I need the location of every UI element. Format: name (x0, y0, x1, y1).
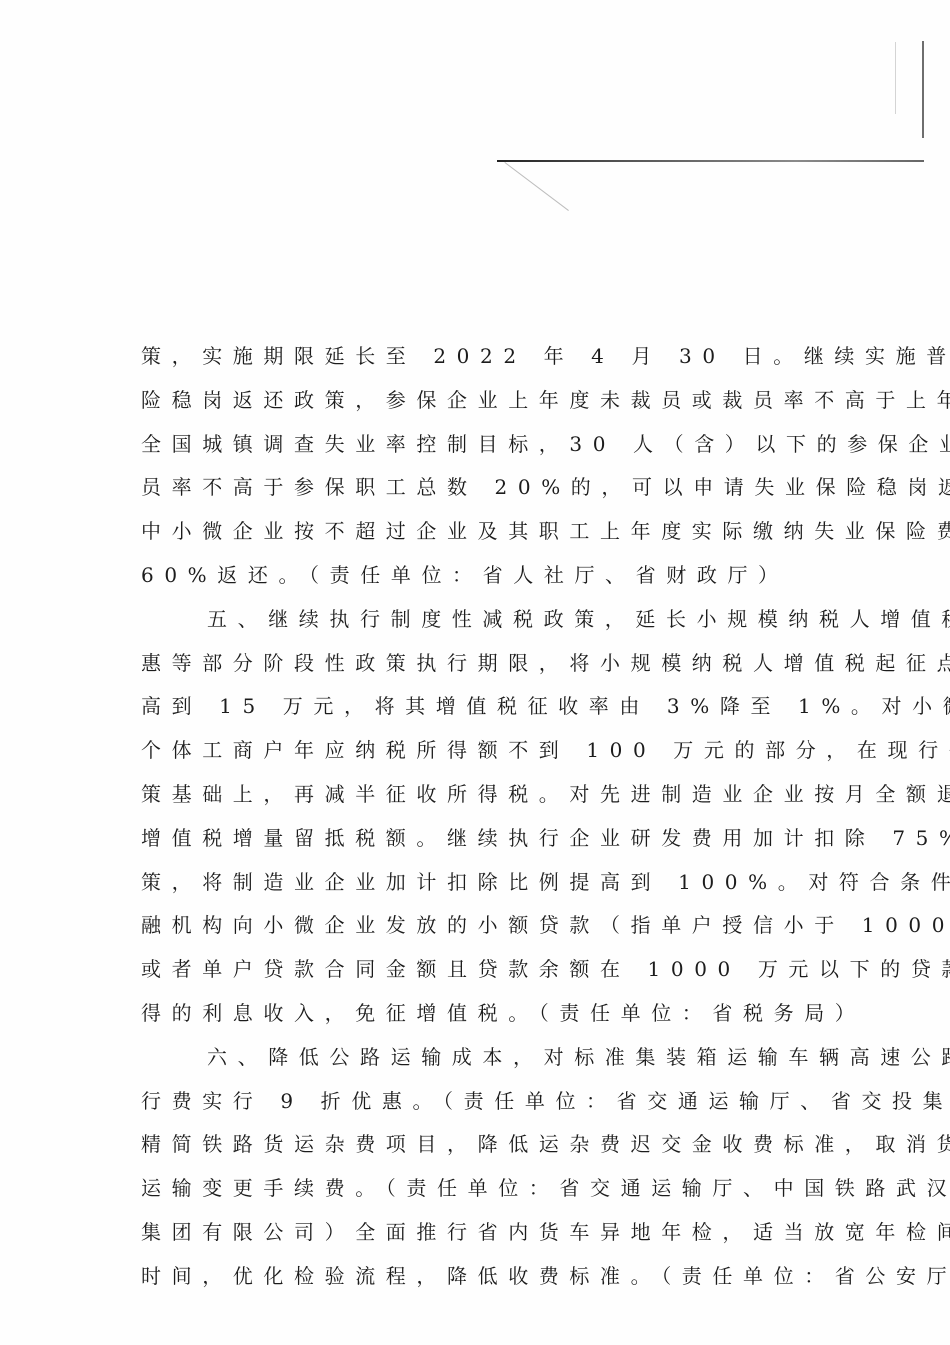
text-line: 运输变更手续费。（责任单位：省交通运输厅、中国铁路武汉局 (141, 1167, 803, 1211)
paragraph-section-6: 六、降低公路运输成本，对标准集装箱运输车辆高速公路通 行费实行 9 折优惠。（责… (141, 1036, 803, 1299)
text-line: 增值税增量留抵税额。继续执行企业研发费用加计扣除 75%政 (141, 817, 803, 861)
text-line: 员率不高于参保职工总数 20%的，可以申请失业保险稳岗返还。 (141, 466, 803, 510)
text-line: 险稳岗返还政策，参保企业上年度未裁员或裁员率不高于上年度 (141, 379, 803, 423)
text-line: 得的利息收入，免征增值税。（责任单位：省税务局） (141, 992, 803, 1036)
paragraph-section-5: 五、继续执行制度性减税政策，延长小规模纳税人增值税优 惠等部分阶段性政策执行期限… (141, 598, 803, 1036)
text-line: 个体工商户年应纳税所得额不到 100 万元的部分，在现行优惠政 (141, 729, 803, 773)
text-line: 集团有限公司）全面推行省内货车异地年检，适当放宽年检间隔 (141, 1211, 803, 1255)
scan-edge-vertical-line (922, 41, 924, 138)
text-line: 全国城镇调查失业率控制目标，30 人（含）以下的参保企业裁 (141, 423, 803, 467)
text-line: 策基础上，再减半征收所得税。对先进制造业企业按月全额退还 (141, 773, 803, 817)
text-line: 或者单户贷款合同金额且贷款余额在 1000 万元以下的贷款）取 (141, 948, 803, 992)
scan-faint-vertical-mark (895, 42, 896, 114)
scan-diagonal-crease (504, 162, 568, 211)
text-line: 策，将制造业企业加计扣除比例提高到 100%。对符合条件的金 (141, 861, 803, 905)
paragraph-continuation: 策，实施期限延长至 2022 年 4 月 30 日。继续实施普惠性失持省 险稳岗… (141, 335, 803, 598)
document-body: 策，实施期限延长至 2022 年 4 月 30 日。继续实施普惠性失持省 险稳岗… (141, 335, 803, 1299)
scanned-page: 策，实施期限延长至 2022 年 4 月 30 日。继续实施普惠性失持省 险稳岗… (0, 0, 950, 1345)
text-line: 60%返还。（责任单位：省人社厅、省财政厅） (141, 554, 803, 598)
text-line: 高到 15 万元，将其增值税征收率由 3%降至 1%。对小微企业和 (141, 685, 803, 729)
section-heading-line: 五、继续执行制度性减税政策，延长小规模纳税人增值税优 (141, 598, 803, 642)
text-line: 时间，优化检验流程，降低收费标准。（责任单位：省公安厅， (141, 1255, 803, 1299)
scan-fold-horizontal-line (497, 160, 924, 162)
text-line: 行费实行 9 折优惠。（责任单位：省交通运输厅、省交投集团） (141, 1080, 803, 1124)
text-line: 策，实施期限延长至 2022 年 4 月 30 日。继续实施普惠性失持省 (141, 335, 803, 379)
text-line: 精简铁路货运杂费项目，降低运杂费迟交金收费标准，取消货物 (141, 1123, 803, 1167)
text-line: 惠等部分阶段性政策执行期限，将小规模纳税人增值税起征点提 (141, 642, 803, 686)
text-line: 融机构向小微企业发放的小额贷款（指单户授信小于 1000 万元 (141, 904, 803, 948)
section-heading-line: 六、降低公路运输成本，对标准集装箱运输车辆高速公路通 (141, 1036, 803, 1080)
text-line: 中小微企业按不超过企业及其职工上年度实际缴纳失业保险费的 (141, 510, 803, 554)
